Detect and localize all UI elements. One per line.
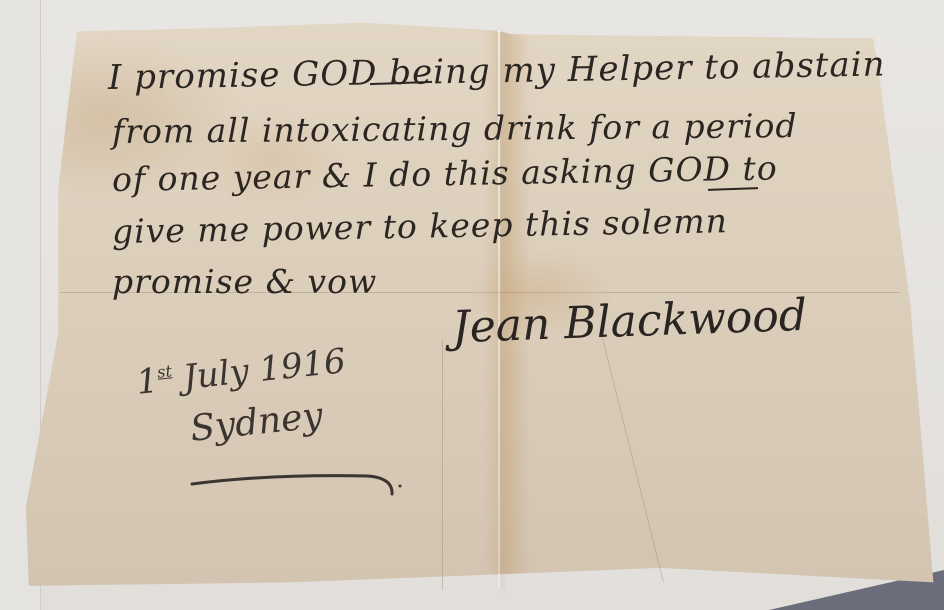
photo-scene: I promise GOD being my Helper to abstain…	[0, 0, 944, 610]
date-day-suffix: st	[156, 361, 173, 381]
flourish-underline	[188, 462, 408, 502]
pledge-line-5: promise & vow	[112, 262, 377, 301]
lower-fold	[442, 340, 443, 590]
pledge-line-2: from all intoxicating drink for a period	[112, 106, 798, 151]
